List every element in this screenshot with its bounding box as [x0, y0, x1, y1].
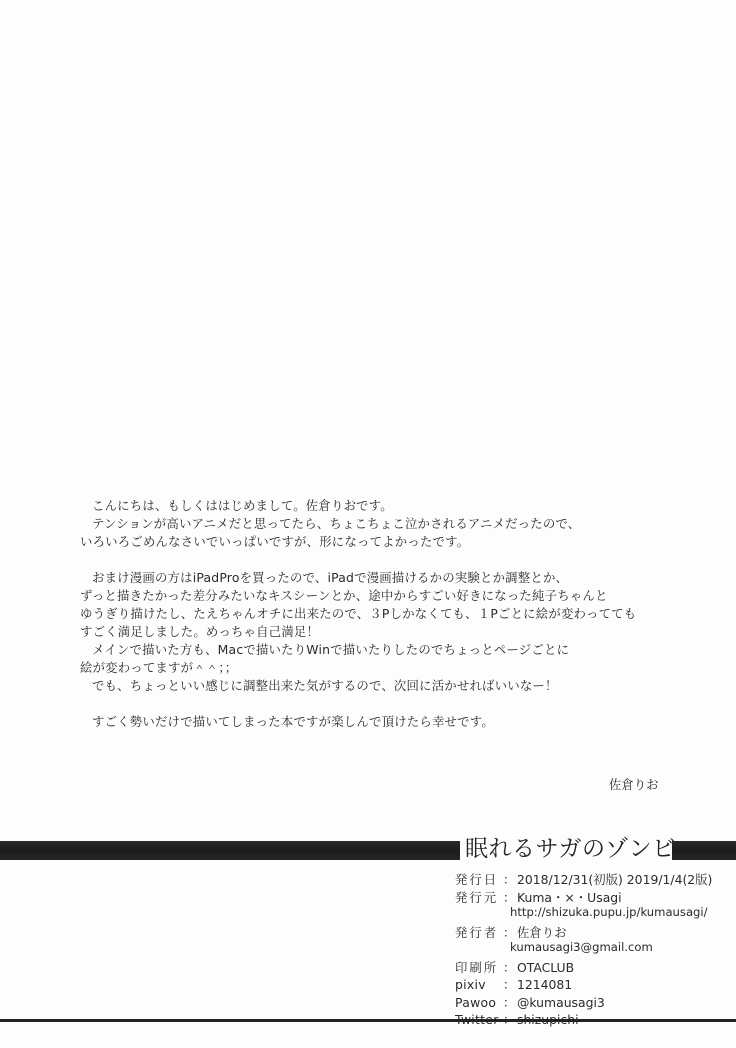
colophon-pawoo: Pawoo ： @kumausagi3	[455, 993, 712, 1011]
banner-bar-left	[0, 841, 460, 860]
afterword-line: すごく満足しました。めっちゃ自己満足！	[80, 623, 680, 641]
paragraph-gap	[80, 695, 680, 713]
afterword-line: すごく勢いだけで描いてしまった本ですが楽しんで頂けたら幸せです。	[80, 713, 680, 731]
author-signature: 佐倉りお	[609, 776, 659, 794]
colophon-value: 2018/12/31(初版) 2019/1/4(2版)	[517, 870, 712, 888]
banner-bar-right	[672, 841, 736, 860]
colophon-label: Pawoo	[455, 995, 503, 1010]
colophon-separator: ：	[503, 888, 517, 906]
colophon-value: Kuma・×・Usagi	[517, 888, 622, 906]
afterword-line: こんにちは、もしくははじめまして。佐倉りおです。	[80, 497, 680, 515]
colophon-separator: ：	[503, 975, 517, 993]
colophon-publisher: 発行元 ： Kuma・×・Usagi	[455, 888, 712, 906]
colophon-separator: ：	[503, 923, 517, 941]
colophon-value: 1214081	[517, 977, 572, 992]
colophon-publisher-url: http://shizuka.pupu.jp/kumausagi/	[455, 905, 712, 923]
afterword-line: おまけ漫画の方はiPadProを買ったので、iPadで漫画描けるかの実験とか調整…	[80, 569, 680, 587]
colophon-separator: ：	[503, 870, 517, 888]
colophon-label: 印刷所	[455, 958, 503, 976]
colophon-issuer-email: kumausagi3@gmail.com	[455, 940, 712, 958]
colophon-publish-date: 発行日 ： 2018/12/31(初版) 2019/1/4(2版)	[455, 870, 712, 888]
colophon-issuer: 発行者 ： 佐倉りお	[455, 923, 712, 941]
colophon-label: pixiv	[455, 977, 503, 992]
colophon-separator: ：	[503, 958, 517, 976]
colophon-label: 発行元	[455, 888, 503, 906]
colophon-pixiv: pixiv ： 1214081	[455, 975, 712, 993]
bottom-rule	[0, 1019, 736, 1022]
colophon-label: 発行日	[455, 870, 503, 888]
afterword-line: いろいろごめんなさいでいっぱいですが、形になってよかったです。	[80, 533, 680, 551]
colophon-separator: ：	[503, 993, 517, 1011]
colophon-label: 発行者	[455, 923, 503, 941]
paragraph-gap	[80, 551, 680, 569]
colophon-value: @kumausagi3	[517, 995, 605, 1010]
afterword-line: ゆうぎり描けたし、たえちゃんオチに出来たので、３Pしかなくても、１Pごとに絵が変…	[80, 605, 680, 623]
book-title: 眠れるサガのゾンビィ	[465, 834, 699, 864]
colophon-value: 佐倉りお	[517, 923, 567, 941]
colophon: 発行日 ： 2018/12/31(初版) 2019/1/4(2版) 発行元 ： …	[455, 870, 712, 1028]
afterword-line: テンションが高いアニメだと思ってたら、ちょこちょこ泣かされるアニメだったので、	[80, 515, 680, 533]
issuer-email-text: kumausagi3@gmail.com	[510, 940, 653, 954]
colophon-printer: 印刷所 ： OTACLUB	[455, 958, 712, 976]
afterword-line: ずっと描きたかった差分みたいなキスシーンとか、途中からすごい好きになった純子ちゃ…	[80, 587, 680, 605]
afterword-line: でも、ちょっといい感じに調整出来た気がするので、次回に活かせればいいなー！	[80, 677, 680, 695]
colophon-value: OTACLUB	[517, 960, 574, 975]
publisher-url-text: http://shizuka.pupu.jp/kumausagi/	[510, 905, 708, 919]
afterword-line: メインで描いた方も、Macで描いたりWinで描いたりしたのでちょっとページごとに	[80, 641, 680, 659]
afterword-text: こんにちは、もしくははじめまして。佐倉りおです。 テンションが高いアニメだと思っ…	[80, 497, 680, 731]
afterword-line: 絵が変わってますが＾＾；；	[80, 659, 680, 677]
